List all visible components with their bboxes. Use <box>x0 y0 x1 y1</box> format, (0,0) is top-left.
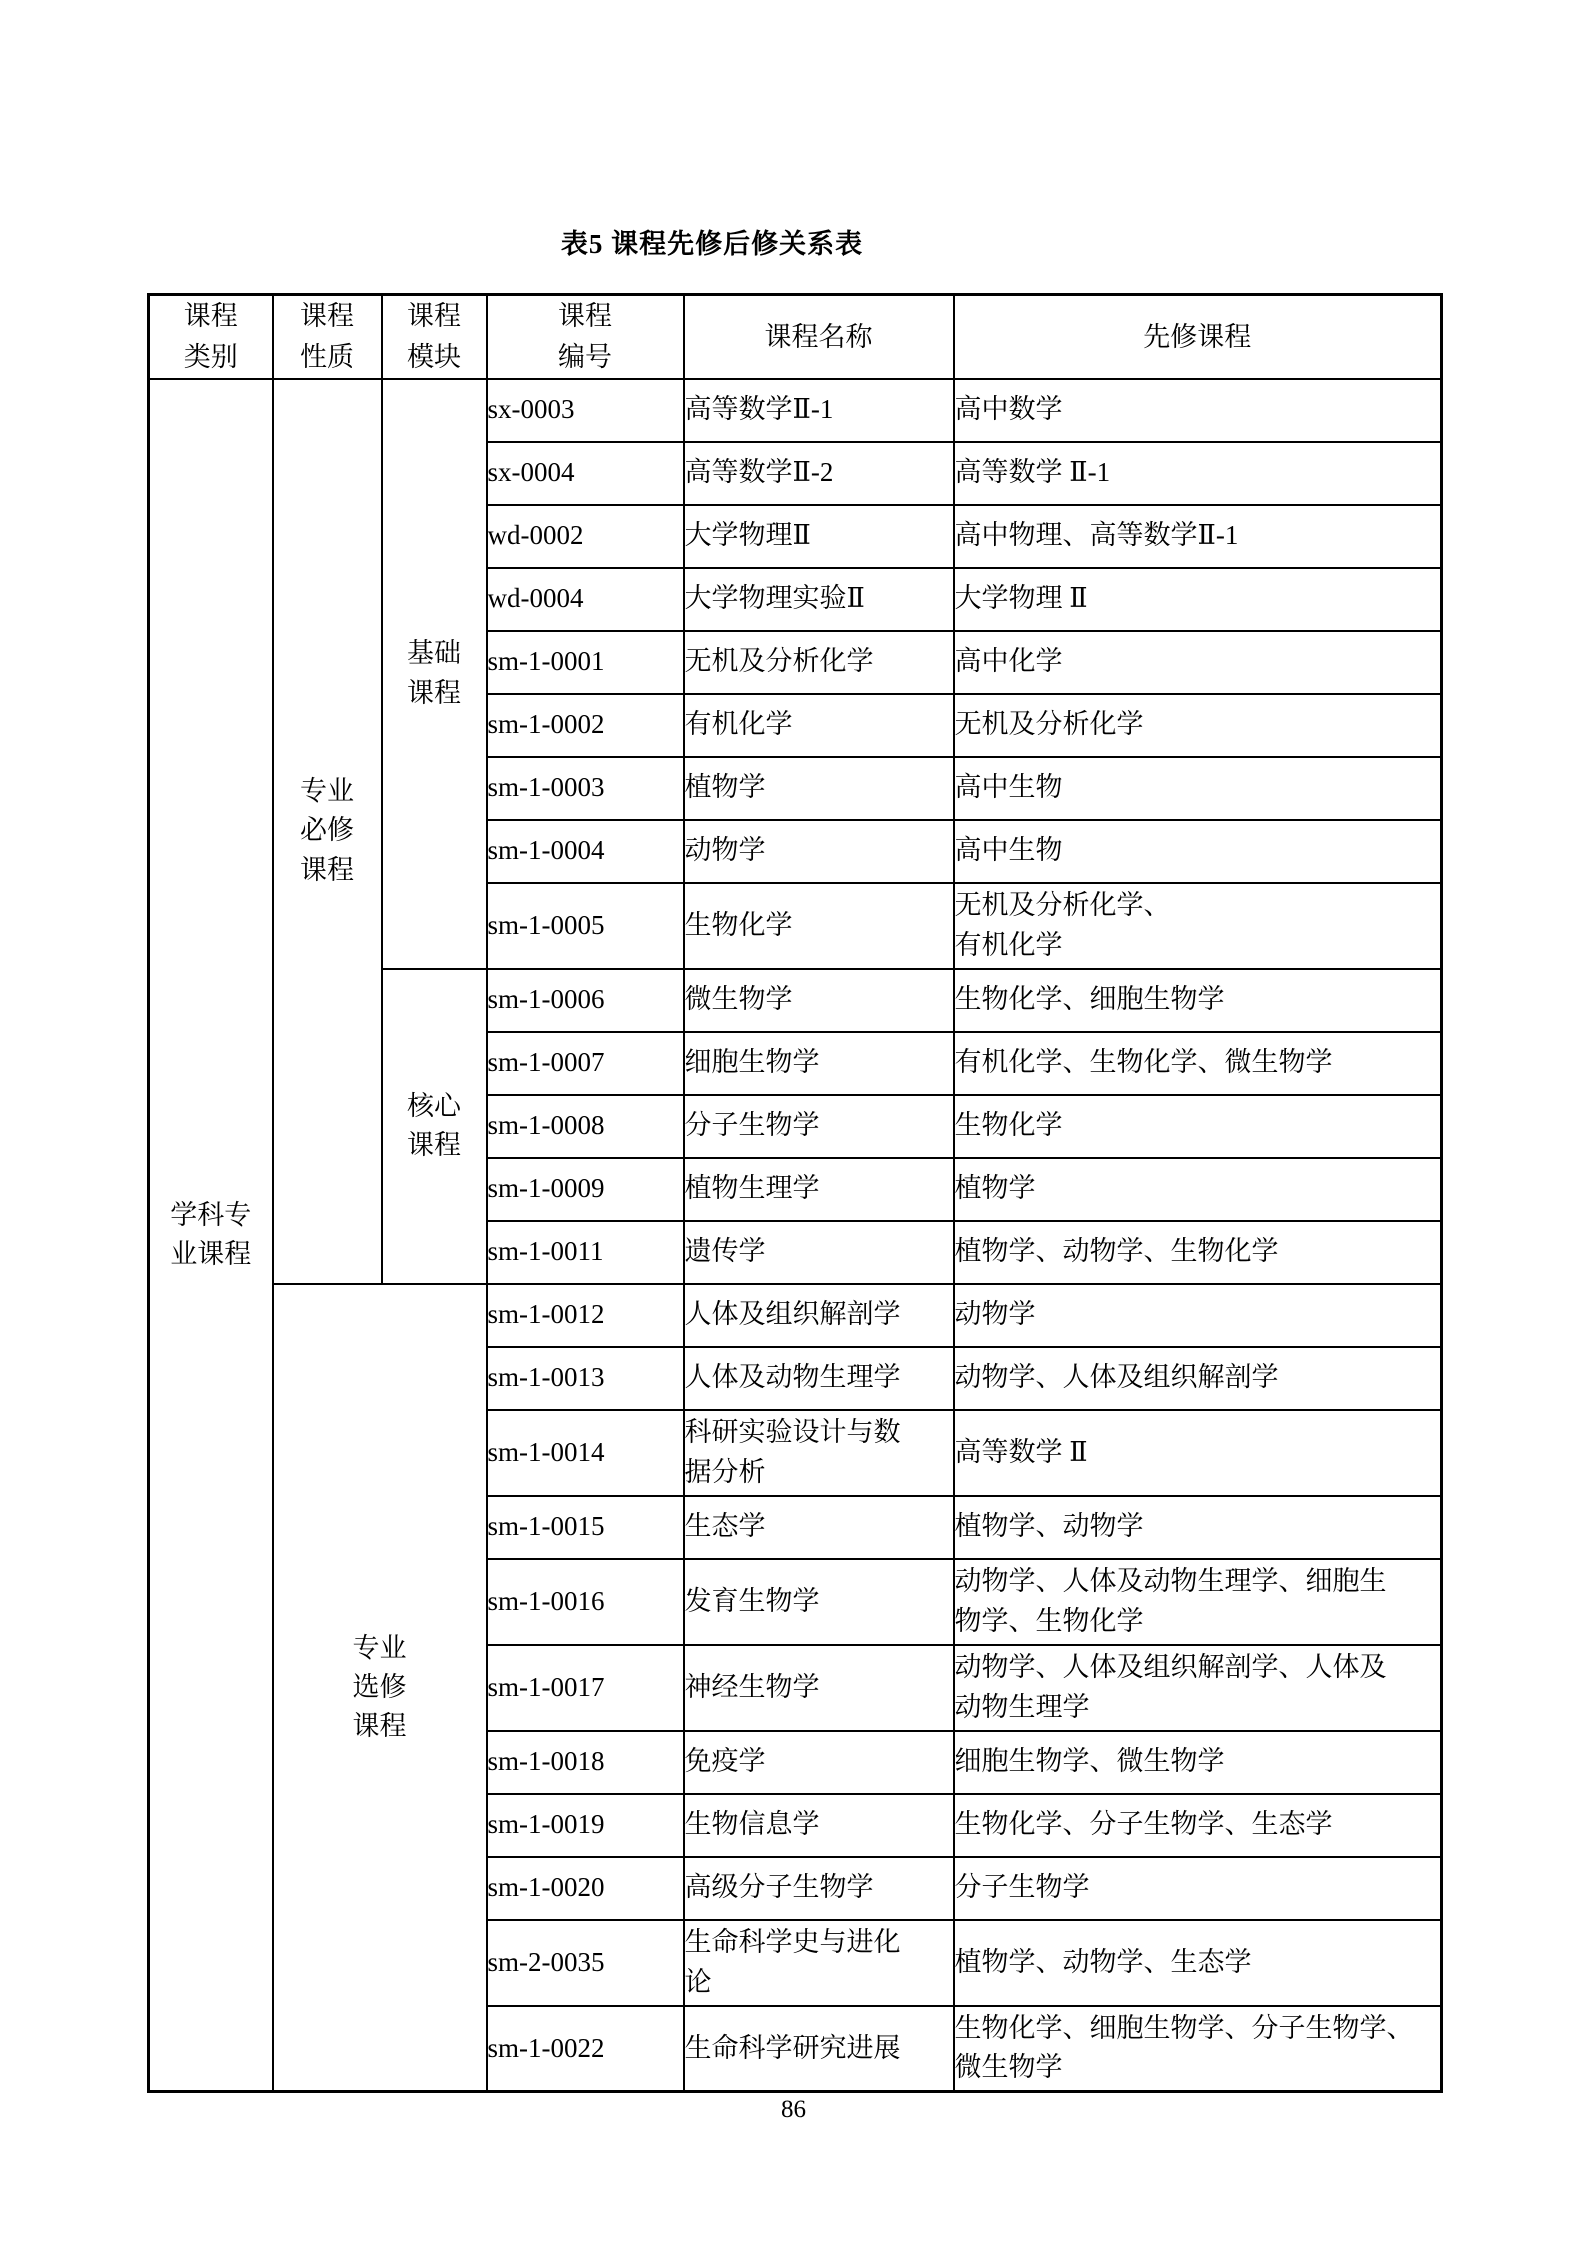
category-cell: 学科专 业课程 <box>149 379 273 2092</box>
page-number: 86 <box>0 2096 1587 2124</box>
course-code-cell: sm-1-0006 <box>487 969 684 1032</box>
course-code-cell: sm-1-0003 <box>487 757 684 820</box>
prerequisite-cell: 生物化学、细胞生物学 <box>954 969 1442 1032</box>
course-name-cell: 生物化学 <box>684 883 954 969</box>
course-code-cell: sm-1-0007 <box>487 1032 684 1095</box>
header-name: 课程名称 <box>684 295 954 379</box>
prerequisite-cell: 高中化学 <box>954 631 1442 694</box>
prerequisite-cell: 动物学、人体及动物生理学、细胞生 物学、生物化学 <box>954 1559 1442 1645</box>
prerequisite-cell: 高中生物 <box>954 757 1442 820</box>
course-code-cell: sm-1-0008 <box>487 1095 684 1158</box>
course-name-cell: 植物生理学 <box>684 1158 954 1221</box>
prerequisite-cell: 生物化学 <box>954 1095 1442 1158</box>
prerequisite-cell: 植物学、动物学、生态学 <box>954 1920 1442 2006</box>
course-name-cell: 微生物学 <box>684 969 954 1032</box>
course-name-cell: 发育生物学 <box>684 1559 954 1645</box>
prerequisite-cell: 高等数学 Ⅱ-1 <box>954 442 1442 505</box>
course-code-cell: sm-1-0012 <box>487 1284 684 1347</box>
course-code-cell: sm-1-0022 <box>487 2006 684 2092</box>
course-code-cell: sm-1-0019 <box>487 1794 684 1857</box>
course-code-cell: sm-1-0009 <box>487 1158 684 1221</box>
course-code-cell: sm-1-0002 <box>487 694 684 757</box>
course-name-cell: 植物学 <box>684 757 954 820</box>
course-name-cell: 免疫学 <box>684 1731 954 1794</box>
header-prereq: 先修课程 <box>954 295 1442 379</box>
course-name-cell: 高等数学Ⅱ-1 <box>684 379 954 442</box>
prerequisite-cell: 有机化学、生物化学、微生物学 <box>954 1032 1442 1095</box>
course-name-cell: 生态学 <box>684 1496 954 1559</box>
course-name-cell: 遗传学 <box>684 1221 954 1284</box>
prerequisite-cell: 植物学、动物学 <box>954 1496 1442 1559</box>
table-row: 学科专 业课程 专业 必修 课程 基础 课程 sx-0003 高等数学Ⅱ-1 高… <box>149 379 1442 442</box>
prerequisite-cell: 高中数学 <box>954 379 1442 442</box>
course-code-cell: sm-1-0018 <box>487 1731 684 1794</box>
prerequisite-cell: 植物学 <box>954 1158 1442 1221</box>
course-name-cell: 神经生物学 <box>684 1645 954 1731</box>
course-code-cell: sm-1-0017 <box>487 1645 684 1731</box>
prerequisite-cell: 大学物理 Ⅱ <box>954 568 1442 631</box>
course-name-cell: 无机及分析化学 <box>684 631 954 694</box>
course-name-cell: 科研实验设计与数 据分析 <box>684 1410 954 1496</box>
course-name-cell: 细胞生物学 <box>684 1032 954 1095</box>
prerequisite-cell: 无机及分析化学 <box>954 694 1442 757</box>
prerequisite-cell: 生物化学、细胞生物学、分子生物学、 微生物学 <box>954 2006 1442 2092</box>
course-code-cell: sm-1-0005 <box>487 883 684 969</box>
course-name-cell: 大学物理实验Ⅱ <box>684 568 954 631</box>
prerequisite-cell: 生物化学、分子生物学、生态学 <box>954 1794 1442 1857</box>
course-code-cell: sx-0004 <box>487 442 684 505</box>
document-page: 表5 课程先修后修关系表 课程 类别 课程 性质 课程 模块 课程 编号 课程名… <box>0 0 1587 2245</box>
course-name-cell: 人体及动物生理学 <box>684 1347 954 1410</box>
course-code-cell: sm-1-0014 <box>487 1410 684 1496</box>
course-name-cell: 生命科学史与进化 论 <box>684 1920 954 2006</box>
header-category: 课程 类别 <box>149 295 273 379</box>
course-code-cell: sm-1-0015 <box>487 1496 684 1559</box>
course-code-cell: sm-1-0013 <box>487 1347 684 1410</box>
nature-elective-cell: 专业 选修 课程 <box>273 1284 487 2092</box>
prerequisite-cell: 分子生物学 <box>954 1857 1442 1920</box>
prerequisite-cell: 动物学、人体及组织解剖学 <box>954 1347 1442 1410</box>
course-name-cell: 生物信息学 <box>684 1794 954 1857</box>
course-code-cell: sm-1-0020 <box>487 1857 684 1920</box>
course-name-cell: 大学物理Ⅱ <box>684 505 954 568</box>
course-code-cell: sm-1-0011 <box>487 1221 684 1284</box>
course-name-cell: 动物学 <box>684 820 954 883</box>
course-prerequisite-table: 课程 类别 课程 性质 课程 模块 课程 编号 课程名称 先修课程 学科专 业课… <box>147 293 1443 2093</box>
course-name-cell: 有机化学 <box>684 694 954 757</box>
prerequisite-cell: 细胞生物学、微生物学 <box>954 1731 1442 1794</box>
header-module: 课程 模块 <box>382 295 487 379</box>
module-basic-cell: 基础 课程 <box>382 379 487 969</box>
course-name-cell: 人体及组织解剖学 <box>684 1284 954 1347</box>
course-name-cell: 生命科学研究进展 <box>684 2006 954 2092</box>
table-row: 专业 选修 课程 sm-1-0012 人体及组织解剖学 动物学 <box>149 1284 1442 1347</box>
table-title: 表5 课程先修后修关系表 <box>0 222 1424 261</box>
prerequisite-cell: 高中生物 <box>954 820 1442 883</box>
course-code-cell: sm-1-0016 <box>487 1559 684 1645</box>
course-name-cell: 高级分子生物学 <box>684 1857 954 1920</box>
course-code-cell: sm-2-0035 <box>487 1920 684 2006</box>
nature-required-cell: 专业 必修 课程 <box>273 379 382 1284</box>
course-code-cell: sx-0003 <box>487 379 684 442</box>
course-code-cell: sm-1-0001 <box>487 631 684 694</box>
prerequisite-cell: 动物学、人体及组织解剖学、人体及 动物生理学 <box>954 1645 1442 1731</box>
prerequisite-cell: 高等数学 Ⅱ <box>954 1410 1442 1496</box>
header-nature: 课程 性质 <box>273 295 382 379</box>
course-code-cell: sm-1-0004 <box>487 820 684 883</box>
course-code-cell: wd-0002 <box>487 505 684 568</box>
header-code: 课程 编号 <box>487 295 684 379</box>
header-row: 课程 类别 课程 性质 课程 模块 课程 编号 课程名称 先修课程 <box>149 295 1442 379</box>
course-code-cell: wd-0004 <box>487 568 684 631</box>
prerequisite-cell: 植物学、动物学、生物化学 <box>954 1221 1442 1284</box>
course-name-cell: 分子生物学 <box>684 1095 954 1158</box>
prerequisite-cell: 动物学 <box>954 1284 1442 1347</box>
prerequisite-cell: 无机及分析化学、 有机化学 <box>954 883 1442 969</box>
prerequisite-cell: 高中物理、高等数学Ⅱ-1 <box>954 505 1442 568</box>
module-core-cell: 核心 课程 <box>382 969 487 1284</box>
course-name-cell: 高等数学Ⅱ-2 <box>684 442 954 505</box>
